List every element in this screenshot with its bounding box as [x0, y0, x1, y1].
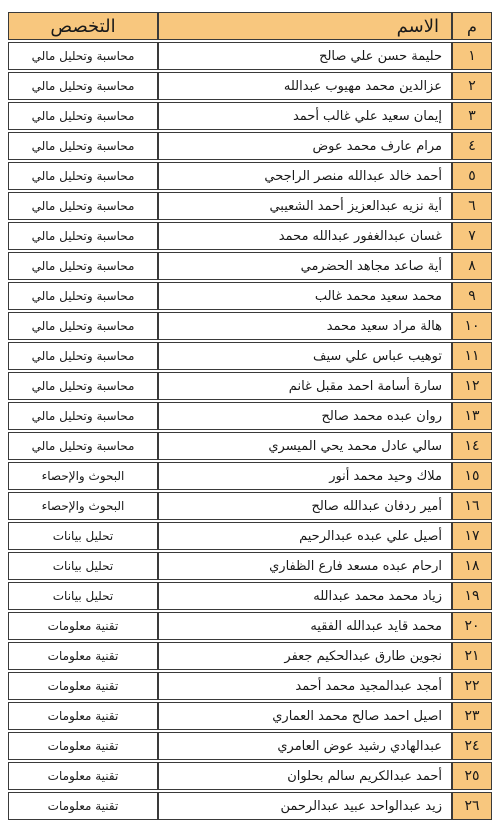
- specialization-cell: تحليل بيانات: [8, 522, 158, 550]
- table-row: ٦أية نزيه عبدالعزيز أحمد الشعيبيمحاسبة و…: [8, 192, 492, 220]
- table-row: ٧غسان عبدالغفور عبدالله محمدمحاسبة وتحلي…: [8, 222, 492, 250]
- table-row: ١٨ارحام عبده مسعد فارع الظفاريتحليل بيان…: [8, 552, 492, 580]
- table-row: ١٠هالة مراد سعيد محمدمحاسبة وتحليل مالي: [8, 312, 492, 340]
- specialization-cell: البحوث والإحصاء: [8, 492, 158, 520]
- row-number-cell: ١٩: [452, 582, 492, 610]
- table-body: ١حليمة حسن علي صالحمحاسبة وتحليل مالي٢عز…: [8, 42, 492, 820]
- student-name-cell: أصيل علي عبده عبدالرحيم: [158, 522, 452, 550]
- row-number-cell: ٢٢: [452, 672, 492, 700]
- row-number-cell: ٨: [452, 252, 492, 280]
- specialization-cell: محاسبة وتحليل مالي: [8, 162, 158, 190]
- student-name-cell: حليمة حسن علي صالح: [158, 42, 452, 70]
- table-row: ١٧أصيل علي عبده عبدالرحيمتحليل بيانات: [8, 522, 492, 550]
- row-number-cell: ٩: [452, 282, 492, 310]
- table-row: ١٦أمير ردفان عبدالله صالحالبحوث والإحصاء: [8, 492, 492, 520]
- table-row: ١حليمة حسن علي صالحمحاسبة وتحليل مالي: [8, 42, 492, 70]
- table-row: ٢٣اصيل احمد صالح محمد العماريتقنية معلوم…: [8, 702, 492, 730]
- table-row: ٢٦زيد عبدالواحد عبيد عبدالرحمنتقنية معلو…: [8, 792, 492, 820]
- table-row: ٤مرام عارف محمد عوضمحاسبة وتحليل مالي: [8, 132, 492, 160]
- row-number-cell: ١٨: [452, 552, 492, 580]
- student-name-cell: أية نزيه عبدالعزيز أحمد الشعيبي: [158, 192, 452, 220]
- table-row: ٢٤عبدالهادي رشيد عوض العامريتقنية معلوما…: [8, 732, 492, 760]
- student-name-cell: محمد سعيد محمد غالب: [158, 282, 452, 310]
- student-name-cell: ملاك وحيد محمد أنور: [158, 462, 452, 490]
- table-row: ٢١نجوين طارق عبدالحكيم جعفرتقنية معلومات: [8, 642, 492, 670]
- specialization-cell: تقنية معلومات: [8, 642, 158, 670]
- table-row: ٨أية صاعد مجاهد الحضرميمحاسبة وتحليل مال…: [8, 252, 492, 280]
- table-row: ٢٥أحمد عبدالكريم سالم بحلوانتقنية معلوما…: [8, 762, 492, 790]
- header-row: م الاسم التخصص: [8, 12, 492, 40]
- student-name-cell: ارحام عبده مسعد فارع الظفاري: [158, 552, 452, 580]
- student-name-cell: أية صاعد مجاهد الحضرمي: [158, 252, 452, 280]
- row-number-cell: ١٤: [452, 432, 492, 460]
- row-number-cell: ١: [452, 42, 492, 70]
- specialization-cell: محاسبة وتحليل مالي: [8, 72, 158, 100]
- row-number-cell: ٢١: [452, 642, 492, 670]
- specialization-cell: محاسبة وتحليل مالي: [8, 282, 158, 310]
- row-number-cell: ١٣: [452, 402, 492, 430]
- row-number-cell: ٣: [452, 102, 492, 130]
- document-page: م الاسم التخصص ١حليمة حسن علي صالحمحاسبة…: [0, 0, 500, 838]
- table-row: ٣إيمان سعيد علي غالب أحمدمحاسبة وتحليل م…: [8, 102, 492, 130]
- row-number-cell: ٢٤: [452, 732, 492, 760]
- student-name-cell: عزالدين محمد مهيوب عبدالله: [158, 72, 452, 100]
- row-number-cell: ٢٠: [452, 612, 492, 640]
- row-number-cell: ١٥: [452, 462, 492, 490]
- specialization-cell: محاسبة وتحليل مالي: [8, 222, 158, 250]
- student-name-cell: توهيب عباس علي سيف: [158, 342, 452, 370]
- specialization-cell: محاسبة وتحليل مالي: [8, 432, 158, 460]
- row-number-cell: ٤: [452, 132, 492, 160]
- student-name-cell: محمد قايد عبدالله الفقيه: [158, 612, 452, 640]
- row-number-cell: ٢٦: [452, 792, 492, 820]
- student-name-cell: إيمان سعيد علي غالب أحمد: [158, 102, 452, 130]
- specialization-cell: محاسبة وتحليل مالي: [8, 42, 158, 70]
- specialization-cell: محاسبة وتحليل مالي: [8, 102, 158, 130]
- row-number-cell: ١٠: [452, 312, 492, 340]
- row-number-cell: ٦: [452, 192, 492, 220]
- table-row: ١٩زياد محمد محمد عبداللهتحليل بيانات: [8, 582, 492, 610]
- specialization-cell: محاسبة وتحليل مالي: [8, 132, 158, 160]
- specialization-cell: تحليل بيانات: [8, 552, 158, 580]
- table-row: ١٣روان عبده محمد صالحمحاسبة وتحليل مالي: [8, 402, 492, 430]
- table-row: ٥أحمد خالد عبدالله منصر الراجحيمحاسبة وت…: [8, 162, 492, 190]
- specialization-cell: تحليل بيانات: [8, 582, 158, 610]
- specialization-cell: محاسبة وتحليل مالي: [8, 192, 158, 220]
- row-number-cell: ٥: [452, 162, 492, 190]
- table-row: ١٥ملاك وحيد محمد أنورالبحوث والإحصاء: [8, 462, 492, 490]
- row-number-cell: ٢٥: [452, 762, 492, 790]
- specialization-cell: تقنية معلومات: [8, 792, 158, 820]
- table-row: ١٤سالي عادل محمد يحي الميسريمحاسبة وتحلي…: [8, 432, 492, 460]
- student-name-cell: غسان عبدالغفور عبدالله محمد: [158, 222, 452, 250]
- row-number-cell: ٧: [452, 222, 492, 250]
- row-number-cell: ١٦: [452, 492, 492, 520]
- specialization-cell: تقنية معلومات: [8, 762, 158, 790]
- student-name-cell: أحمد عبدالكريم سالم بحلوان: [158, 762, 452, 790]
- student-name-cell: أمجد عبدالمجيد محمد أحمد: [158, 672, 452, 700]
- row-number-cell: ١٧: [452, 522, 492, 550]
- specialization-cell: محاسبة وتحليل مالي: [8, 372, 158, 400]
- specialization-cell: تقنية معلومات: [8, 732, 158, 760]
- row-number-cell: ١٢: [452, 372, 492, 400]
- specialization-cell: محاسبة وتحليل مالي: [8, 312, 158, 340]
- table-row: ١١توهيب عباس علي سيفمحاسبة وتحليل مالي: [8, 342, 492, 370]
- table-row: ٩محمد سعيد محمد غالبمحاسبة وتحليل مالي: [8, 282, 492, 310]
- table-row: ٢٢أمجد عبدالمجيد محمد أحمدتقنية معلومات: [8, 672, 492, 700]
- specialization-cell: محاسبة وتحليل مالي: [8, 402, 158, 430]
- student-name-cell: سارة أسامة احمد مقبل غانم: [158, 372, 452, 400]
- header-name-column: الاسم: [158, 12, 452, 40]
- student-name-cell: زيد عبدالواحد عبيد عبدالرحمن: [158, 792, 452, 820]
- student-name-cell: نجوين طارق عبدالحكيم جعفر: [158, 642, 452, 670]
- student-name-cell: اصيل احمد صالح محمد العماري: [158, 702, 452, 730]
- table-row: ٢عزالدين محمد مهيوب عبداللهمحاسبة وتحليل…: [8, 72, 492, 100]
- row-number-cell: ١١: [452, 342, 492, 370]
- header-specialization-column: التخصص: [8, 12, 158, 40]
- header-number-column: م: [452, 12, 492, 40]
- student-name-cell: روان عبده محمد صالح: [158, 402, 452, 430]
- specialization-cell: تقنية معلومات: [8, 672, 158, 700]
- student-name-cell: سالي عادل محمد يحي الميسري: [158, 432, 452, 460]
- row-number-cell: ٢٣: [452, 702, 492, 730]
- student-name-cell: هالة مراد سعيد محمد: [158, 312, 452, 340]
- student-name-cell: زياد محمد محمد عبدالله: [158, 582, 452, 610]
- table-row: ١٢سارة أسامة احمد مقبل غانممحاسبة وتحليل…: [8, 372, 492, 400]
- student-name-cell: مرام عارف محمد عوض: [158, 132, 452, 160]
- table-header: م الاسم التخصص: [8, 12, 492, 40]
- students-roster-table: م الاسم التخصص ١حليمة حسن علي صالحمحاسبة…: [8, 10, 492, 822]
- specialization-cell: تقنية معلومات: [8, 702, 158, 730]
- student-name-cell: عبدالهادي رشيد عوض العامري: [158, 732, 452, 760]
- row-number-cell: ٢: [452, 72, 492, 100]
- student-name-cell: أحمد خالد عبدالله منصر الراجحي: [158, 162, 452, 190]
- specialization-cell: محاسبة وتحليل مالي: [8, 252, 158, 280]
- specialization-cell: تقنية معلومات: [8, 612, 158, 640]
- specialization-cell: محاسبة وتحليل مالي: [8, 342, 158, 370]
- student-name-cell: أمير ردفان عبدالله صالح: [158, 492, 452, 520]
- table-row: ٢٠محمد قايد عبدالله الفقيهتقنية معلومات: [8, 612, 492, 640]
- specialization-cell: البحوث والإحصاء: [8, 462, 158, 490]
